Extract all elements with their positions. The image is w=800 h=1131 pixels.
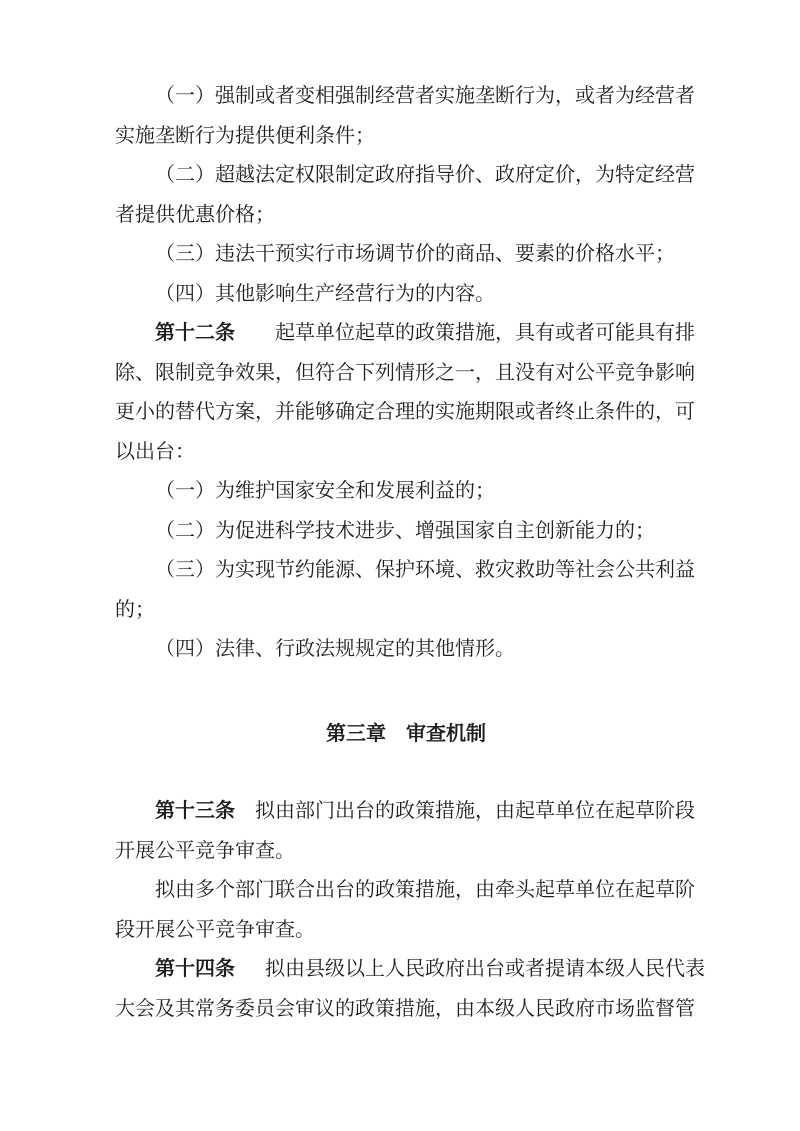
article-14-number: 第十四条	[155, 958, 235, 980]
clause-1-line-1: （一）强制或者变相强制经营者实施垄断行为，或者为经营者	[115, 77, 697, 117]
article-12-line-2: 除、限制竞争效果，但符合下列情形之一，且没有对公平竞争影响	[115, 354, 697, 394]
article-13-para-2-line-1: 拟由多个部门联合出台的政策措施，由牵头起草单位在起草阶	[115, 871, 697, 911]
article-12-item-3-line-2: 的；	[115, 591, 697, 631]
article-12-text: 起草单位起草的政策措施，具有或者可能具有排	[255, 322, 695, 344]
article-13-line-1: 第十三条 拟由部门出台的政策措施，由起草单位在起草阶段	[115, 792, 697, 832]
article-12-item-2: （二）为促进科学技术进步、增强国家自主创新能力的；	[115, 512, 697, 552]
article-12-number: 第十二条	[155, 322, 235, 344]
document-page: （一）强制或者变相强制经营者实施垄断行为，或者为经营者 实施垄断行为提供便利条件…	[0, 0, 800, 1131]
article-13-para-2-line-2: 段开展公平竞争审查。	[115, 911, 697, 951]
chapter-3-heading: 第三章 审查机制	[115, 715, 697, 755]
article-14-line-1: 第十四条 拟由县级以上人民政府出台或者提请本级人民代表	[115, 950, 697, 990]
article-12-line-1: 第十二条 起草单位起草的政策措施，具有或者可能具有排	[115, 314, 697, 354]
article-13-line-2: 开展公平竞争审查。	[115, 832, 697, 872]
article-12-line-4: 以出台：	[115, 433, 697, 473]
clause-4-line: （四）其他影响生产经营行为的内容。	[115, 275, 697, 315]
clause-2-line-2: 者提供优惠价格；	[115, 196, 697, 236]
article-12-item-4: （四）法律、行政法规规定的其他情形。	[115, 630, 697, 670]
article-12-item-1: （一）为维护国家安全和发展利益的；	[115, 472, 697, 512]
article-14-text: 拟由县级以上人民政府出台或者提请本级人民代表	[245, 958, 705, 980]
clause-3-line: （三）违法干预实行市场调节价的商品、要素的价格水平；	[115, 235, 697, 275]
article-12-line-3: 更小的替代方案，并能够确定合理的实施期限或者终止条件的，可	[115, 393, 697, 433]
clause-1-line-2: 实施垄断行为提供便利条件；	[115, 117, 697, 157]
article-13-number: 第十三条	[155, 800, 235, 822]
article-13-text: 拟由部门出台的政策措施，由起草单位在起草阶段	[235, 800, 695, 822]
clause-2-line-1: （二）超越法定权限制定政府指导价、政府定价，为特定经营	[115, 156, 697, 196]
article-12-item-3-line-1: （三）为实现节约能源、保护环境、救灾救助等社会公共利益	[115, 551, 697, 591]
article-14-line-2: 大会及其常务委员会审议的政策措施，由本级人民政府市场监督管	[115, 990, 697, 1030]
